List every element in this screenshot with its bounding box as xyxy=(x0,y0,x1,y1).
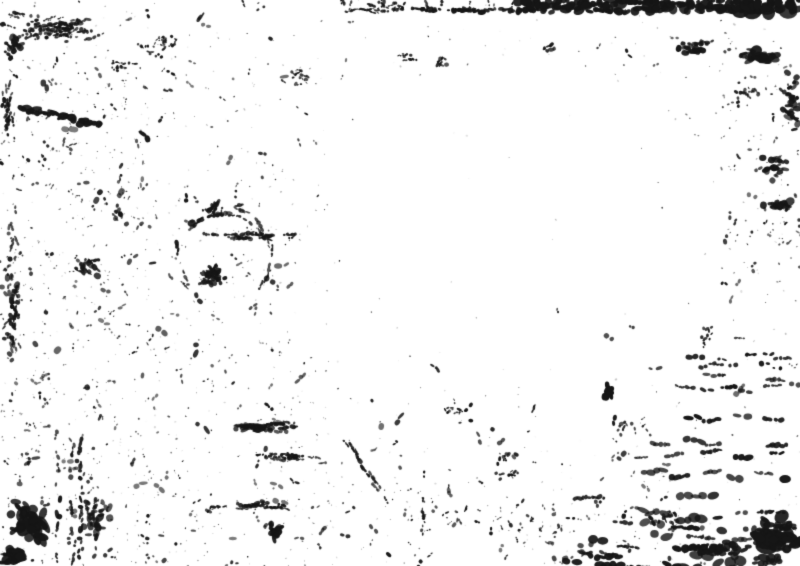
grunge-texture-canvas xyxy=(0,0,800,566)
grunge-texture xyxy=(0,0,800,566)
